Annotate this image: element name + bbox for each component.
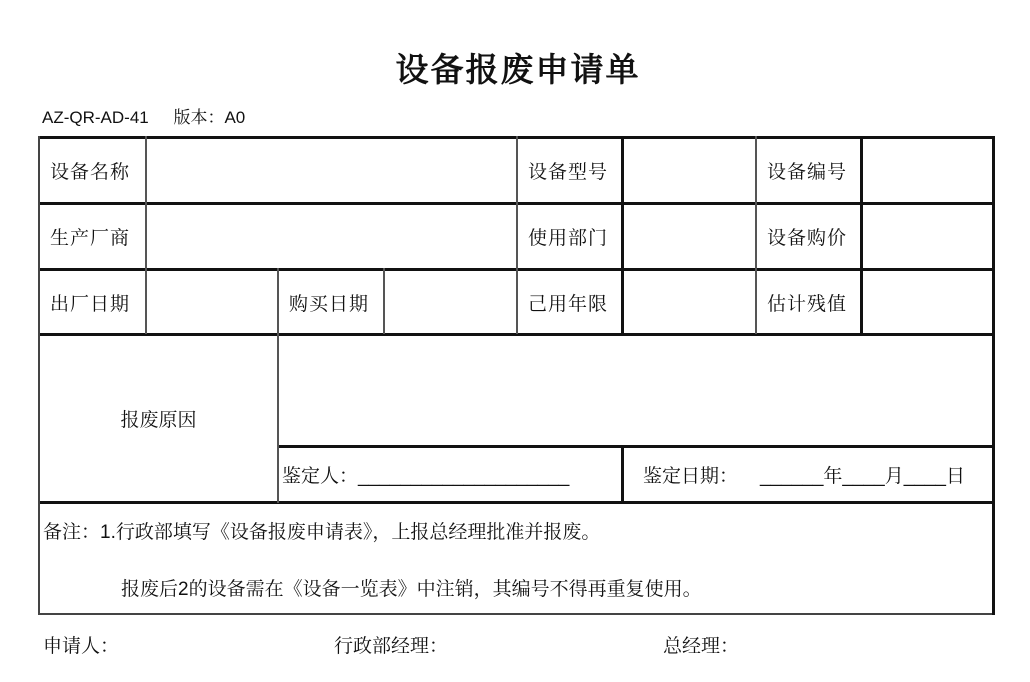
purchase-price-field[interactable] <box>863 205 992 268</box>
appraisal-date-label: 鉴定日期： <box>643 461 738 488</box>
document-meta: AZ-QR-AD-41 版本：A0 <box>42 103 265 128</box>
manufacturer-field[interactable] <box>147 205 516 268</box>
label-equipment-number: 设备编号 <box>757 139 870 202</box>
appraiser-field[interactable]: 鉴定人：____________________ <box>282 448 621 501</box>
appraisal-month-blank[interactable]: ____月 <box>842 461 903 488</box>
note-line-2: 报废后2的设备需在《设备一览表》中注销，其编号不得再重复使用。 <box>121 574 702 601</box>
label-equipment-model: 设备型号 <box>518 139 631 202</box>
table-border <box>992 136 995 615</box>
document-code: AZ-QR-AD-41 <box>42 108 149 127</box>
years-used-field[interactable] <box>624 271 755 333</box>
document-version: 版本：A0 <box>173 108 245 127</box>
appraisal-day-blank[interactable]: ____日 <box>904 461 965 488</box>
label-department: 使用部门 <box>518 205 631 268</box>
table-border <box>39 613 995 615</box>
label-scrap-reason: 报废原因 <box>40 336 277 501</box>
col-divider <box>621 445 624 503</box>
equipment-name-field[interactable] <box>147 139 516 202</box>
manufacture-date-field[interactable] <box>147 271 277 333</box>
appraisal-year-blank[interactable]: ______年 <box>760 461 842 488</box>
admin-manager-signature[interactable]: 行政部经理： <box>334 631 448 658</box>
purchase-date-field[interactable] <box>385 271 516 333</box>
note-line-1: 备注：1.行政部填写《设备报废申请表》，上报总经理批准并报废。 <box>43 517 600 544</box>
scrap-reason-field[interactable] <box>280 336 992 445</box>
label-manufacturer: 生产厂商 <box>40 205 155 268</box>
appraisal-date-field[interactable]: 鉴定日期： ______年 ____月 ____日 <box>643 448 992 501</box>
label-residual-value: 估计残值 <box>757 271 870 333</box>
department-field[interactable] <box>624 205 755 268</box>
label-years-used: 己用年限 <box>518 271 631 333</box>
label-purchase-price: 设备购价 <box>757 205 870 268</box>
equipment-number-field[interactable] <box>863 139 992 202</box>
row-divider <box>39 501 995 504</box>
general-manager-signature[interactable]: 总经理： <box>663 631 739 658</box>
equipment-model-field[interactable] <box>624 139 755 202</box>
applicant-signature[interactable]: 申请人： <box>43 631 119 658</box>
label-purchase-date: 购买日期 <box>279 271 393 333</box>
residual-value-field[interactable] <box>863 271 992 333</box>
page-title: 设备报废申请单 <box>0 44 1030 91</box>
label-manufacture-date: 出厂日期 <box>40 271 155 333</box>
label-equipment-name: 设备名称 <box>40 139 155 202</box>
